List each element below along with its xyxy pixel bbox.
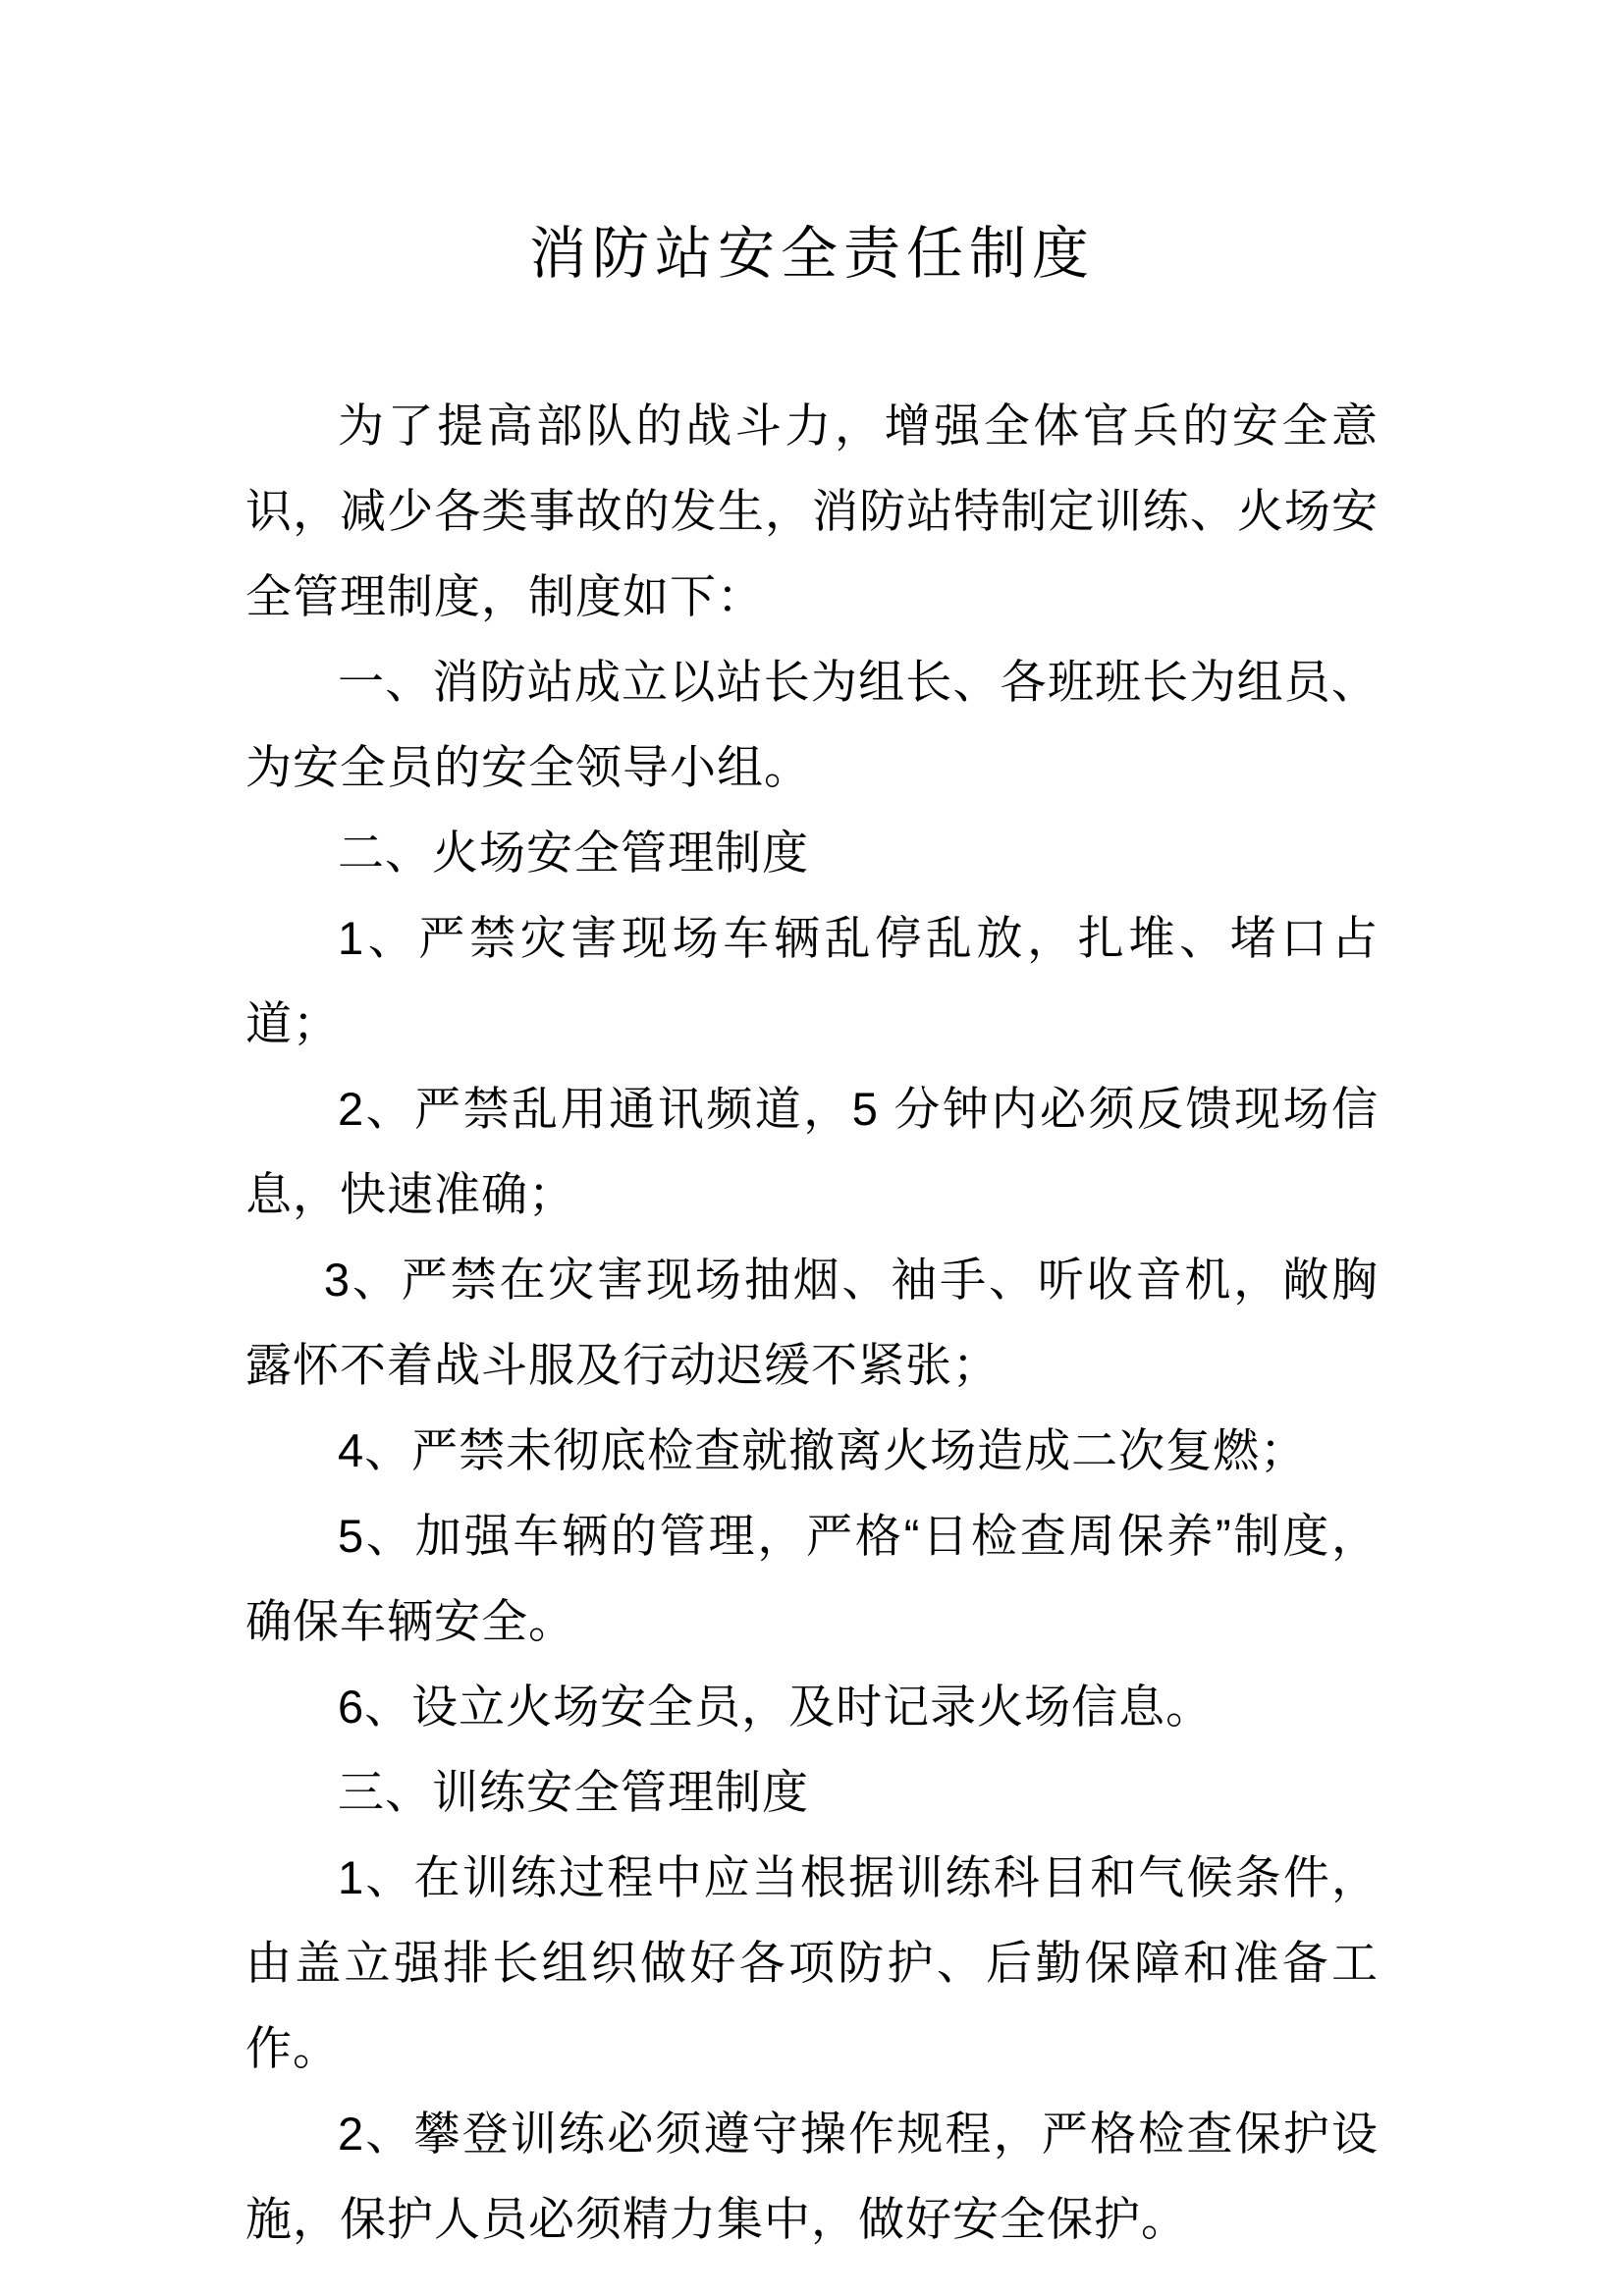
paragraph-item-2-5: 5、加强车辆的管理，严格“日检查周保养”制度，确保车辆安全。 <box>245 1493 1379 1664</box>
paragraph-item-2-6: 6、设立火场安全员，及时记录火场信息。 <box>245 1664 1379 1749</box>
paragraph-section-1: 一、消防站成立以站长为组长、各班班长为组员、为安全员的安全领导小组。 <box>245 639 1379 810</box>
document-page: 消防站安全责任制度 为了提高部队的战斗力，增强全体官兵的安全意识，减少各类事故的… <box>0 0 1624 2296</box>
paragraph-item-2-1: 1、严禁灾害现场车辆乱停乱放，扎堆、堵口占道； <box>245 895 1379 1066</box>
paragraph-item-3-1: 1、在训练过程中应当根据训练科目和气候条件，由盖立强排长组织做好各项防护、后勤保… <box>245 1835 1379 2091</box>
paragraph-item-2-2: 2、严禁乱用通讯频道，5 分钟内必须反馈现场信息，快速准确； <box>245 1066 1379 1237</box>
paragraph-item-2-3: 3、严禁在灾害现场抽烟、袖手、听收音机，敞胸露怀不着战斗服及行动迟缓不紧张； <box>245 1237 1379 1408</box>
paragraph-section-3: 三、训练安全管理制度 <box>245 1749 1379 1835</box>
paragraph-section-2: 二、火场安全管理制度 <box>245 810 1379 895</box>
paragraph-item-3-2: 2、攀登训练必须遵守操作规程，严格检查保护设施，保护人员必须精力集中，做好安全保… <box>245 2091 1379 2262</box>
paragraph-item-2-4: 4、严禁未彻底检查就撤离火场造成二次复燃； <box>245 1408 1379 1493</box>
document-title: 消防站安全责任制度 <box>245 211 1379 296</box>
paragraph-intro: 为了提高部队的战斗力，增强全体官兵的安全意识，减少各类事故的发生，消防站特制定训… <box>245 383 1379 639</box>
